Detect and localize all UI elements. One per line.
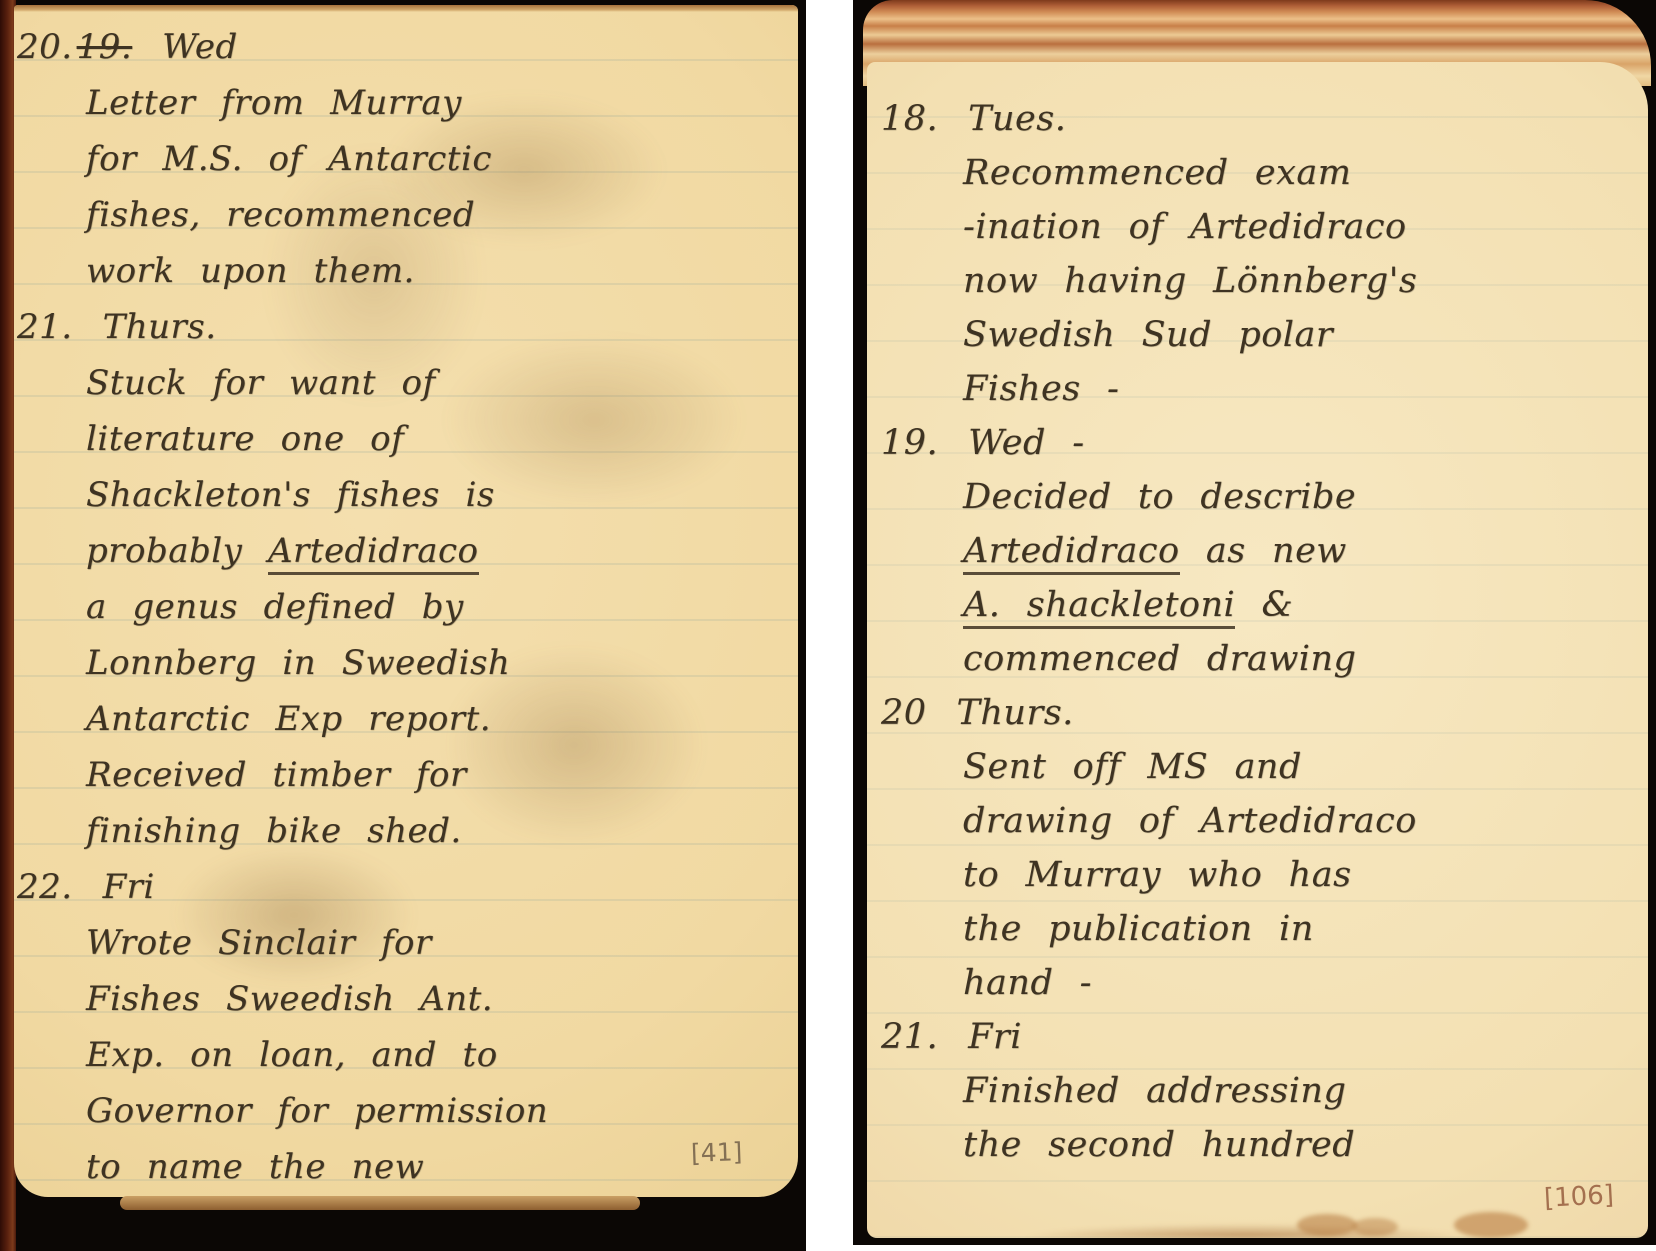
- text-segment: for M.S. of Antarctic: [86, 139, 492, 179]
- text-segment: the publication in: [963, 909, 1314, 949]
- stain-blob: [1454, 1212, 1528, 1238]
- entry-date-line: 22.Fri: [14, 859, 792, 915]
- entry-weekday: Fri: [968, 1017, 1022, 1057]
- entry-text-line: Artedidraco as new: [867, 524, 1642, 578]
- text-segment: to name the new: [86, 1147, 424, 1187]
- entry-weekday: Thurs.: [103, 307, 217, 347]
- text-segment: a genus defined by: [86, 587, 464, 627]
- text-segment: as new: [1180, 531, 1347, 571]
- diary-entry: 18.Tues.Recommenced exam-ination of Arte…: [867, 92, 1642, 416]
- text-segment: work upon them.: [86, 251, 415, 291]
- entry-date-line: 21.Thurs.: [14, 299, 792, 355]
- entry-text-line: Fishes -: [867, 362, 1642, 416]
- text-segment: Recommenced exam: [963, 153, 1351, 193]
- text-segment: Letter from Murray: [86, 83, 462, 123]
- text-segment: to Murray who has: [963, 855, 1352, 895]
- entry-text-line: now having Lönnberg's: [867, 254, 1642, 308]
- text-segment: &: [1235, 585, 1293, 625]
- text-segment: Wrote Sinclair for: [86, 923, 432, 963]
- left-page-photo: 20.19.WedLetter from Murrayfor M.S. of A…: [0, 0, 806, 1251]
- text-segment: Antarctic Exp report.: [86, 699, 491, 739]
- entry-day-number: 20: [867, 693, 927, 733]
- entry-text-line: Swedish Sud polar: [867, 308, 1642, 362]
- entry-weekday: Tues.: [968, 99, 1066, 139]
- diary-entry: 22.FriWrote Sinclair forFishes Sweedish …: [14, 859, 792, 1195]
- entry-day-number: 20.: [14, 27, 73, 67]
- entry-text-line: Sent off MS and: [867, 740, 1642, 794]
- diary-spread: 20.19.WedLetter from Murrayfor M.S. of A…: [0, 0, 1656, 1251]
- text-segment: Fishes Sweedish Ant.: [86, 979, 493, 1019]
- diary-entry: 19.Wed -Decided to describeArtedidraco a…: [867, 416, 1642, 686]
- right-page-photo: 18.Tues.Recommenced exam-ination of Arte…: [853, 0, 1656, 1245]
- entry-text-line: drawing of Artedidraco: [867, 794, 1642, 848]
- text-segment: Sent off MS and: [963, 747, 1302, 787]
- diary-entry: 21.FriFinished addressingthe second hund…: [867, 1010, 1642, 1172]
- entry-text-line: Exp. on loan, and to: [14, 1027, 792, 1083]
- entry-text-line: Letter from Murray: [14, 75, 792, 131]
- entry-day-number: 22.: [14, 867, 73, 907]
- entry-text-line: the publication in: [867, 902, 1642, 956]
- entry-day-number: 18.: [867, 99, 938, 139]
- text-segment: probably: [86, 531, 268, 571]
- entry-text-line: hand -: [867, 956, 1642, 1010]
- entry-text-line: Shackleton's fishes is: [14, 467, 792, 523]
- entry-text-line: Decided to describe: [867, 470, 1642, 524]
- folio-number-annotation: [41]: [690, 1137, 742, 1168]
- left-page-paper: 20.19.WedLetter from Murrayfor M.S. of A…: [14, 5, 798, 1197]
- entry-text-line: the second hundred: [867, 1118, 1642, 1172]
- entry-text-line: a genus defined by: [14, 579, 792, 635]
- text-segment: Fishes -: [963, 369, 1119, 409]
- entry-date-line: 20.19.Wed: [14, 19, 792, 75]
- text-segment: Governor for permission: [86, 1091, 548, 1131]
- entry-day-number: 19.: [867, 423, 938, 463]
- entry-text-line: to Murray who has: [867, 848, 1642, 902]
- entry-day-number: 21.: [14, 307, 73, 347]
- text-segment: Exp. on loan, and to: [86, 1035, 498, 1075]
- entry-text-line: Recommenced exam: [867, 146, 1642, 200]
- entry-weekday: Fri: [103, 867, 155, 907]
- text-segment: Shackleton's fishes is: [86, 475, 495, 515]
- right-page-entries: 18.Tues.Recommenced exam-ination of Arte…: [867, 92, 1642, 1172]
- stain-blob: [1352, 1218, 1398, 1236]
- entry-text-line: for M.S. of Antarctic: [14, 131, 792, 187]
- text-segment: commenced drawing: [963, 639, 1356, 679]
- text-segment: finishing bike shed.: [86, 811, 462, 851]
- entry-text-line: literature one of: [14, 411, 792, 467]
- text-segment: literature one of: [86, 419, 404, 459]
- text-segment: drawing of Artedidraco: [963, 801, 1417, 841]
- entry-text-line: commenced drawing: [867, 632, 1642, 686]
- page-top-edge: [14, 5, 798, 12]
- entry-date-line: 20Thurs.: [867, 686, 1642, 740]
- underlined-species-name: Artedidraco: [963, 531, 1180, 575]
- entry-weekday: Wed -: [968, 423, 1084, 463]
- text-segment: Finished addressing: [963, 1071, 1346, 1111]
- entry-text-line: Received timber for: [14, 747, 792, 803]
- entry-text-line: Fishes Sweedish Ant.: [14, 971, 792, 1027]
- entry-text-line: probably Artedidraco: [14, 523, 792, 579]
- underlined-species-name: A. shackletoni: [963, 585, 1235, 629]
- text-segment: Stuck for want of: [86, 363, 436, 403]
- entry-text-line: Finished addressing: [867, 1064, 1642, 1118]
- stain-blob: [1297, 1214, 1357, 1236]
- entry-text-line: Wrote Sinclair for: [14, 915, 792, 971]
- entry-text-line: -ination of Artedidraco: [867, 200, 1642, 254]
- entry-date-line: 19.Wed -: [867, 416, 1642, 470]
- entry-text-line: Stuck for want of: [14, 355, 792, 411]
- entry-text-line: finishing bike shed.: [14, 803, 792, 859]
- text-segment: the second hundred: [963, 1125, 1355, 1165]
- entry-text-line: to name the new: [14, 1139, 792, 1195]
- text-segment: now having Lönnberg's: [963, 261, 1417, 301]
- entry-weekday: Wed: [162, 27, 238, 67]
- entry-date-line: 18.Tues.: [867, 92, 1642, 146]
- struck-day-number: 19.: [77, 27, 133, 67]
- entry-text-line: work upon them.: [14, 243, 792, 299]
- underlying-page-edge: [120, 1196, 640, 1210]
- entry-day-number: 21.: [867, 1017, 938, 1057]
- diary-entry: 21.Thurs.Stuck for want ofliterature one…: [14, 299, 792, 859]
- entry-text-line: Lonnberg in Sweedish: [14, 635, 792, 691]
- text-segment: Swedish Sud polar: [963, 315, 1333, 355]
- entry-text-line: Governor for permission: [14, 1083, 792, 1139]
- entry-weekday: Thurs.: [957, 693, 1074, 733]
- entry-date-line: 21.Fri: [867, 1010, 1642, 1064]
- right-page-paper: 18.Tues.Recommenced exam-ination of Arte…: [867, 62, 1648, 1238]
- text-segment: Lonnberg in Sweedish: [86, 643, 510, 683]
- underlined-species-name: Artedidraco: [268, 531, 479, 575]
- diary-entry: 20Thurs.Sent off MS anddrawing of Artedi…: [867, 686, 1642, 1010]
- bottom-stain: [967, 1220, 1527, 1238]
- entry-text-line: fishes, recommenced: [14, 187, 792, 243]
- text-segment: Received timber for: [86, 755, 467, 795]
- entry-text-line: A. shackletoni &: [867, 578, 1642, 632]
- left-page-entries: 20.19.WedLetter from Murrayfor M.S. of A…: [14, 19, 792, 1195]
- text-segment: fishes, recommenced: [86, 195, 475, 235]
- text-segment: Decided to describe: [963, 477, 1356, 517]
- text-segment: hand -: [963, 963, 1092, 1003]
- diary-entry: 20.19.WedLetter from Murrayfor M.S. of A…: [14, 19, 792, 299]
- text-segment: -ination of Artedidraco: [963, 207, 1407, 247]
- folio-number-annotation: [106]: [1543, 1180, 1614, 1214]
- entry-text-line: Antarctic Exp report.: [14, 691, 792, 747]
